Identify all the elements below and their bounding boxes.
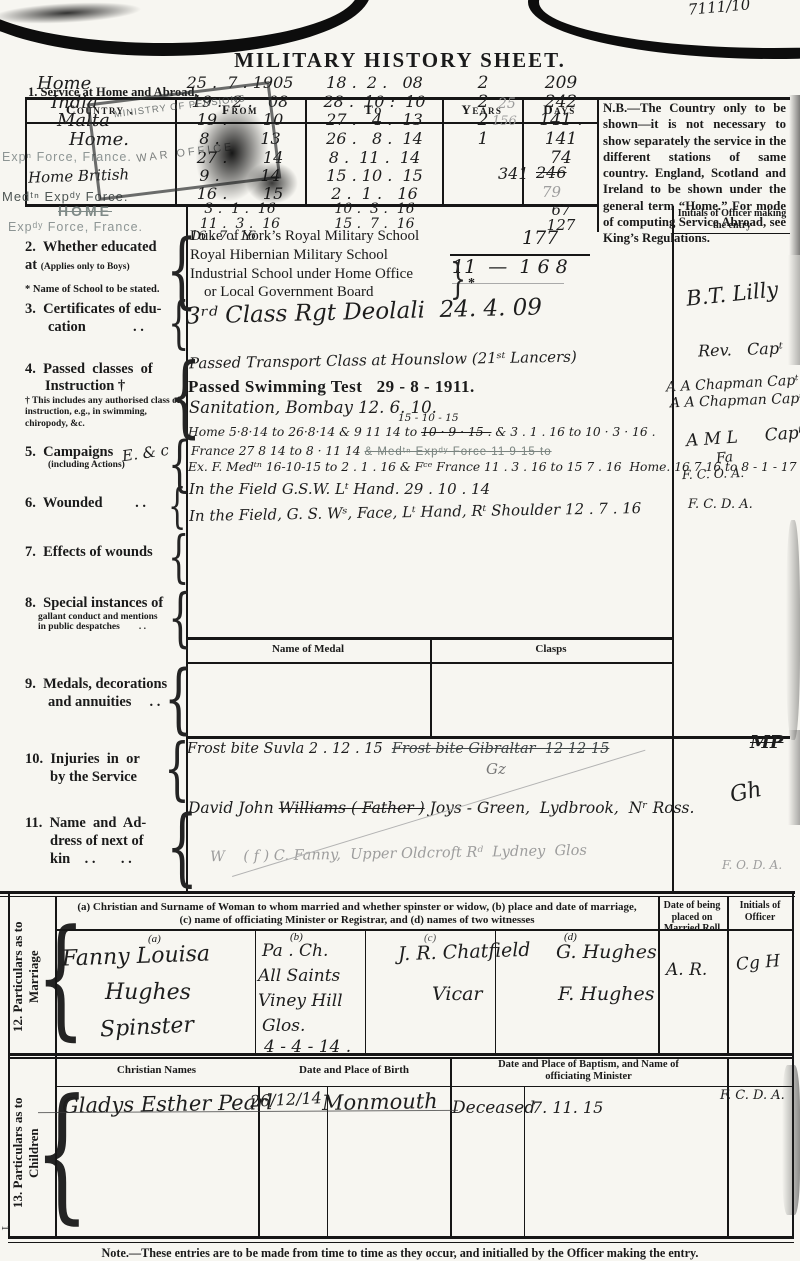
children-col-divider-2 <box>450 1057 452 1236</box>
margin-page-mark: 1 <box>0 1225 11 1231</box>
school-option-1: Duke of York’s Royal Military School <box>190 228 419 245</box>
section8-brace: { <box>168 586 192 650</box>
cell-to: 26 . 8 . 14 <box>307 129 442 148</box>
section7-label: 7. Effects of wounds <box>25 543 153 561</box>
section12-brace: { <box>36 912 86 1042</box>
days-341: 341 <box>498 164 529 183</box>
school-asterisk: * <box>468 276 475 292</box>
cell-to: 15 . 10 . 15 <box>307 166 442 185</box>
cell-years: 1 <box>443 129 523 149</box>
section6-brace: { <box>168 482 186 530</box>
wife-name-1: Fanny Louisa <box>62 941 211 971</box>
campaign-l1b: & 3 . 1 . 16 to 10 · 3 · 16 . <box>491 425 655 439</box>
section11-label: 11. Name and Ad- <box>25 814 146 832</box>
section2-label-line2: at (Applies only to Boys) <box>25 256 130 274</box>
initials-entry: Rev. Capᵗ <box>698 339 784 361</box>
initials-entry: Gh <box>728 777 764 808</box>
minister-title: Vicar <box>432 983 483 1005</box>
section10-label2: by the Service <box>50 768 137 786</box>
children-inner-left <box>55 1057 57 1236</box>
children-col3-header-2: officiating Minister <box>450 1071 727 1082</box>
section2-label: 2. Whether educated <box>25 238 157 256</box>
children-col2-header: Date and Place of Birth <box>258 1064 450 1076</box>
initials-header-label: Initials of Officer making the entry <box>676 208 788 232</box>
section2-applies-note: (Applies only to Boys) <box>41 262 130 272</box>
child-birth-date: 26/12/14 <box>250 1088 323 1111</box>
cell-to: 18 . 2 . 08 <box>307 73 442 92</box>
marriage-place-1: Pa . Ch. <box>262 941 328 961</box>
children-col1-header: Christian Names <box>55 1064 258 1076</box>
section7-brace: { <box>168 530 189 586</box>
days-total-177: 177 <box>522 227 558 249</box>
scan-streak <box>789 95 800 255</box>
marriage-header-line2: (c) name of officiating Minister or Regi… <box>60 914 654 926</box>
children-initials-entry: F. C. D. A. <box>720 1088 785 1103</box>
campaign-l2-struck-stamp: & Medᵗⁿ Expᵈʸ Force 11 9 15 to <box>365 446 552 458</box>
injuries-entry: Frost bite Suvla 2 . 12 . 15 Frost bite … <box>187 740 609 758</box>
children-col3-header-1: Date and Place of Baptism, and Name of <box>450 1059 727 1070</box>
section9-label: 9. Medals, decorations <box>25 675 167 693</box>
medal-col1-header: Name of Medal <box>186 643 430 655</box>
marriage-col-a-divider <box>255 929 256 1053</box>
school-option-3: Industrial School under Home Office <box>190 266 413 283</box>
initials-entry: F. C. O. A. <box>682 465 745 482</box>
cell-days: 141 <box>525 129 597 149</box>
section4-footnote: † This includes any authorised class of … <box>25 396 182 430</box>
injuries-gz-mark: Gz <box>486 760 506 778</box>
child-name: Gladys Esther Pearl <box>62 1090 273 1118</box>
nok-e1c: Joys - Green, Lydbrook, Nʳ Ross. <box>425 799 695 817</box>
injuries-e1a: Frost bite Suvla 2 . 12 . 15 <box>187 741 392 757</box>
cell-days: 209 <box>525 73 597 93</box>
cell-to: 10 . 3 . 16 <box>307 201 442 217</box>
initials-header-box: Initials of Officer making the entry <box>672 206 790 234</box>
medal-col2-header: Clasps <box>430 643 672 655</box>
wounded-entry-1: In the Field G.S.W. Lᵗ Hand. 29 . 10 . 1… <box>189 480 490 498</box>
initials-entry: A M L Capᵗ <box>685 423 800 451</box>
cell-from: 3 . 1 . 16 <box>175 201 305 217</box>
section6-label: 6. Wounded . . <box>25 494 146 512</box>
marriage-col-b-divider <box>365 929 366 1053</box>
section3-label2: cation . . <box>48 318 144 336</box>
scan-streak <box>788 730 800 825</box>
table-row: Home 25 . 7 . 1905 18 . 2 . 08 2 209 <box>25 73 597 93</box>
page-bottom-rule <box>8 1236 794 1239</box>
section11-label3: kin . . . . <box>50 850 132 868</box>
cell-to: 28 . 10 : 10 <box>307 92 442 111</box>
section5-scribble: E. & c <box>121 441 170 465</box>
children-initials-divider <box>727 1057 729 1236</box>
footer-note: Note.—These entries are to be made from … <box>0 1246 800 1261</box>
scan-streak <box>786 520 800 740</box>
cell-to: 8 . 11 . 14 <box>307 148 442 167</box>
service-total: 11 — 1 6 8 <box>452 256 568 278</box>
section9-brace: { <box>164 660 193 736</box>
section2-school-note: * Name of School to be stated. <box>25 284 159 297</box>
marriage-place-4: Glos. <box>262 1016 305 1036</box>
initials-entry: A A Chapman Capᵗ <box>670 391 800 412</box>
campaign-line-1: Home 5·8·14 to 26·8·14 & 9 11 14 to 10 ·… <box>188 423 656 441</box>
children-header-rule <box>55 1086 793 1087</box>
marriage-right-border <box>792 891 794 1237</box>
section3-label: 3. Certificates of edu- <box>25 300 162 318</box>
initials-col-header: Initials of Officer <box>730 900 790 923</box>
section4-label2: Instruction † <box>45 377 125 395</box>
marriage-place-2: All Saints <box>258 966 340 986</box>
section-divider-rule <box>0 891 795 894</box>
marriage-header-line1: (a) Christian and Surname of Woman to wh… <box>60 901 654 913</box>
initials-divider <box>672 206 674 893</box>
scan-streak <box>788 255 800 365</box>
married-roll-entry: A. R. <box>666 960 707 980</box>
campaign-l1a: Home 5·8·14 to 26·8·14 & 9 11 14 to <box>188 425 421 439</box>
medal-table-top <box>186 637 672 640</box>
section10-label: 10. Injuries in or <box>25 750 140 768</box>
pencil-mark: 156 <box>492 114 517 129</box>
cell-to: 27 . 4 . 13 <box>307 110 442 129</box>
military-history-sheet: 7111/10 MILITARY HISTORY SHEET. 1. Servi… <box>0 0 800 1261</box>
marriage-initials-entry: Cg H <box>735 951 781 975</box>
page-bottom-rule-2 <box>8 1242 794 1243</box>
school-option-2: Royal Hibernian Military School <box>190 247 388 264</box>
days-struck: 246 <box>536 163 567 182</box>
page-title: MILITARY HISTORY SHEET. <box>0 48 800 73</box>
marriage-bottom-rule <box>8 1053 794 1056</box>
child-baptism-status: Deceased <box>452 1098 535 1118</box>
table-border-right <box>597 97 599 232</box>
pencil-mark: 25 <box>498 96 516 112</box>
section4-label: 4. Passed classes of <box>25 360 153 378</box>
section11-label2: dress of next of <box>50 832 144 850</box>
next-of-kin-entry: David John Williams ( Father ) Joys - Gr… <box>188 799 694 818</box>
injuries-e1-struck: Frost bite Gibraltar 12 12 15 <box>392 741 609 757</box>
section-divider-rule-2 <box>0 896 795 897</box>
marriage-inner-left <box>55 897 57 1057</box>
campaign-l1-struck: 10 · 9 · 15 . <box>421 425 491 439</box>
witness-1: G. Hughes <box>556 941 657 963</box>
initials-entry: B.T. Lilly <box>685 277 779 311</box>
cell-days: 141 . <box>525 110 597 130</box>
initials-entry: F. O. D. A. <box>722 858 782 872</box>
medal-table-bottom <box>186 736 790 739</box>
medal-header-rule <box>186 662 672 664</box>
wife-name-3: Spinster <box>99 1013 194 1043</box>
marriage-initials-divider <box>727 897 729 1053</box>
section5-label: 5. Campaigns <box>25 443 113 461</box>
initials-entry: MP <box>750 732 783 753</box>
section2-at: at <box>25 257 41 273</box>
ministry-stamp-line2: WAR OFFICE <box>96 136 274 170</box>
nok-e1a: David John <box>188 799 279 817</box>
nok-e1-struck: Williams ( Father ) <box>279 799 425 817</box>
instruction-entry-2: Passed Swimming Test 29 - 8 - 1911. <box>188 377 475 397</box>
section5-note: (including Actions) <box>48 460 125 471</box>
wife-name-2: Hughes <box>105 980 191 1005</box>
marriage-place-3: Viney Hill <box>258 991 343 1011</box>
section8-label: 8. Special instances of <box>25 594 163 612</box>
minister-name: J. R. Chatfield <box>398 939 531 966</box>
witness-2: F. Hughes <box>558 983 655 1005</box>
child-baptism-date: 7. 11. 15 <box>532 1098 603 1117</box>
child-birth-place: Monmouth <box>322 1089 438 1115</box>
initials-entry: F. C. D. A. <box>688 497 753 512</box>
marriage-header-rule <box>55 929 793 931</box>
campaign-line-2: France 27 8 14 to 8 · 11 14 & Medᵗⁿ Expᵈ… <box>191 442 552 460</box>
section9-label2: and annuities . . <box>48 693 160 711</box>
cell-years: 2 <box>443 73 523 93</box>
marriage-date-divider <box>658 897 660 1053</box>
initials-entry: Fa <box>715 449 734 467</box>
section8-note2: in public despatches . . <box>38 622 146 633</box>
school-close-brace: } <box>450 258 466 300</box>
cell-country: Home <box>37 73 91 94</box>
campaign-l2a: France 27 8 14 to 8 · 11 14 <box>191 444 365 458</box>
pencil-mark: 79 <box>542 183 561 201</box>
cell-days: 242 <box>525 92 597 112</box>
wounded-entry-2: In the Field, G. S. Wˢ, Face, Lᵗ Hand, R… <box>189 499 642 525</box>
next-of-kin-entry-2: W ( f ) C. Fanny, Upper Oldcroft Rᵈ Lydn… <box>210 843 587 866</box>
instruction-entry-1: Passed Transport Class at Hounslow (21ˢᵗ… <box>189 348 577 373</box>
